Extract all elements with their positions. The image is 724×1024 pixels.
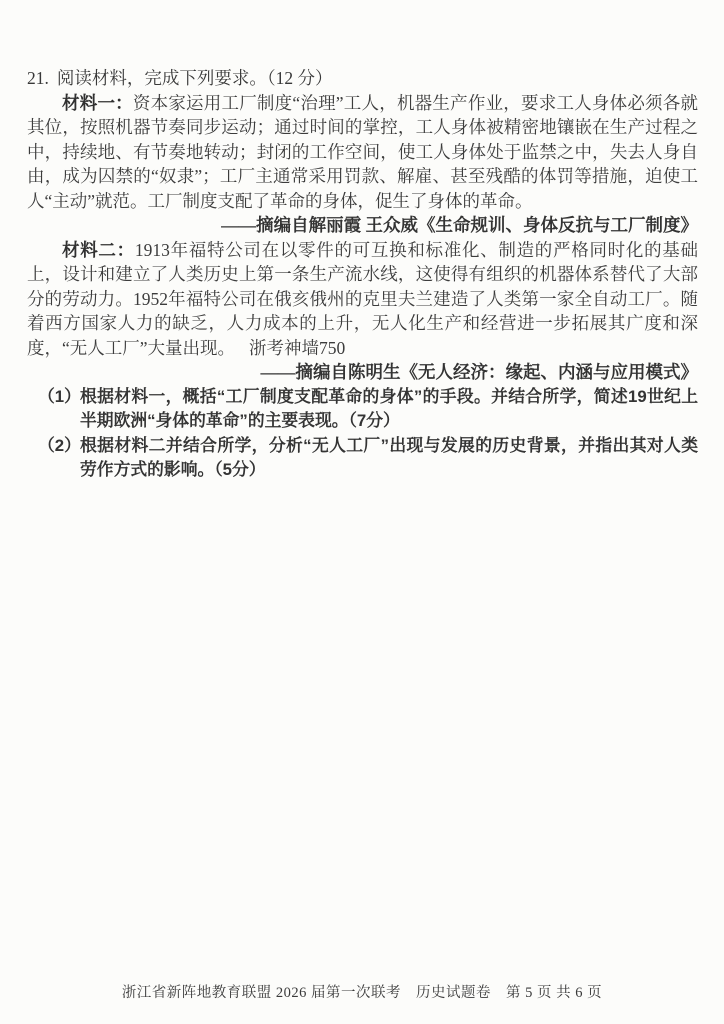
question-21-intro: 阅读材料，完成下列要求。（12 分） bbox=[57, 68, 333, 88]
question-21-number: 21. bbox=[27, 68, 49, 88]
material-2-paragraph: 材料二：1913年福特公司在以零件的可互换和标准化、制造的严格同时化的基础上，设… bbox=[27, 238, 698, 361]
sub-question-2-number: （2） bbox=[38, 434, 81, 459]
page-footer: 浙江省新阵地教育联盟 2026 届第一次联考 历史试题卷 第 5 页 共 6 页 bbox=[0, 981, 724, 1002]
sub-question-2: （2） 根据材料二并结合所学，分析“无人工厂”出现与发展的历史背景，并指出其对人… bbox=[27, 434, 698, 483]
material-1-source: ——摘编自解丽霞 王众威《生命规训、身体反抗与工厂制度》 bbox=[27, 213, 698, 238]
material-2-label: 材料二： bbox=[62, 240, 135, 260]
material-2-source: ——摘编自陈明生《无人经济：缘起、内涵与应用模式》 bbox=[27, 360, 698, 385]
sub-question-1-text: 根据材料一，概括“工厂制度支配革命的身体”的手段。并结合所学，简述19世纪上半期… bbox=[80, 387, 698, 431]
material-1-label: 材料一： bbox=[62, 93, 133, 113]
sub-question-1: （1） 根据材料一，概括“工厂制度支配革命的身体”的手段。并结合所学，简述19世… bbox=[27, 385, 698, 434]
question-21-heading: 21.阅读材料，完成下列要求。（12 分） bbox=[27, 66, 698, 91]
exam-paper-page: 21.阅读材料，完成下列要求。（12 分） 材料一：资本家运用工厂制度“治理”工… bbox=[0, 0, 724, 1024]
sub-question-1-number: （1） bbox=[38, 385, 81, 410]
material-1-paragraph: 材料一：资本家运用工厂制度“治理”工人，机器生产作业，要求工人身体必须各就其位，… bbox=[27, 91, 698, 214]
watermark-text: 浙考神墙750 bbox=[249, 338, 345, 358]
sub-question-2-text: 根据材料二并结合所学，分析“无人工厂”出现与发展的历史背景，并指出其对人类劳作方… bbox=[80, 436, 698, 480]
question-21-block: 21.阅读材料，完成下列要求。（12 分） 材料一：资本家运用工厂制度“治理”工… bbox=[27, 66, 698, 483]
